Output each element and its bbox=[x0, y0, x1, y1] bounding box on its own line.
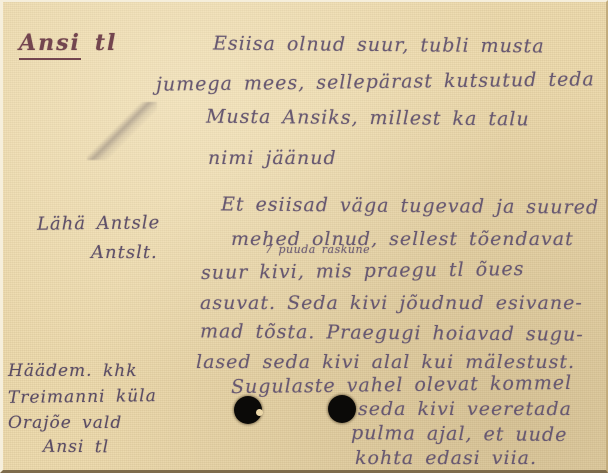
body-line: jumega mees, sellepärast kutsutud teda bbox=[156, 70, 595, 94]
body-line: lased seda kivi alal kui mälestust. bbox=[196, 353, 575, 372]
body-line: Esiisa olnud suur, tubli musta bbox=[213, 35, 545, 57]
location-village: Treimanni küla bbox=[8, 388, 157, 407]
farm-name-suffix: tl bbox=[95, 30, 118, 56]
pencil-smudge bbox=[87, 102, 157, 160]
body-line: pulma ajal, et uude bbox=[351, 424, 568, 445]
case-form-note: Antslt. bbox=[91, 244, 158, 262]
body-line: Et esiisad väga tugevad ja suured bbox=[221, 195, 599, 217]
body-line: kohta edasi viia. bbox=[355, 449, 537, 468]
location-farm: Ansi tl bbox=[43, 439, 109, 457]
punch-hole-left bbox=[234, 396, 262, 424]
body-line: mad tõsta. Praegugi hoiavad sugu- bbox=[200, 322, 584, 344]
case-form-note: Lähä Antsle bbox=[37, 214, 160, 234]
card-heading: Ansitl bbox=[19, 30, 117, 56]
body-line: Musta Ansiks, millest ka talu bbox=[206, 108, 530, 130]
interlinear-insertion: 7 puuda raskune bbox=[265, 244, 370, 255]
location-municipality: Orajõe vald bbox=[8, 415, 122, 432]
body-line: suur kivi, mis praegu tl õues bbox=[201, 260, 525, 283]
location-parish: Häädem. khk bbox=[8, 363, 138, 380]
body-line: Sugulaste vahel olevat kommel bbox=[231, 374, 572, 397]
body-line: nimi jäänud bbox=[208, 149, 337, 168]
punch-hole-notch bbox=[256, 409, 263, 416]
farm-name: Ansi bbox=[19, 30, 81, 60]
archival-card: Ansitl Esiisa olnud suur, tubli musta ju… bbox=[0, 0, 608, 473]
body-line: asuvat. Seda kivi jõudnud esivane- bbox=[200, 294, 583, 313]
punch-hole-right bbox=[328, 395, 356, 423]
body-line: seda kivi veeretada bbox=[358, 400, 572, 419]
